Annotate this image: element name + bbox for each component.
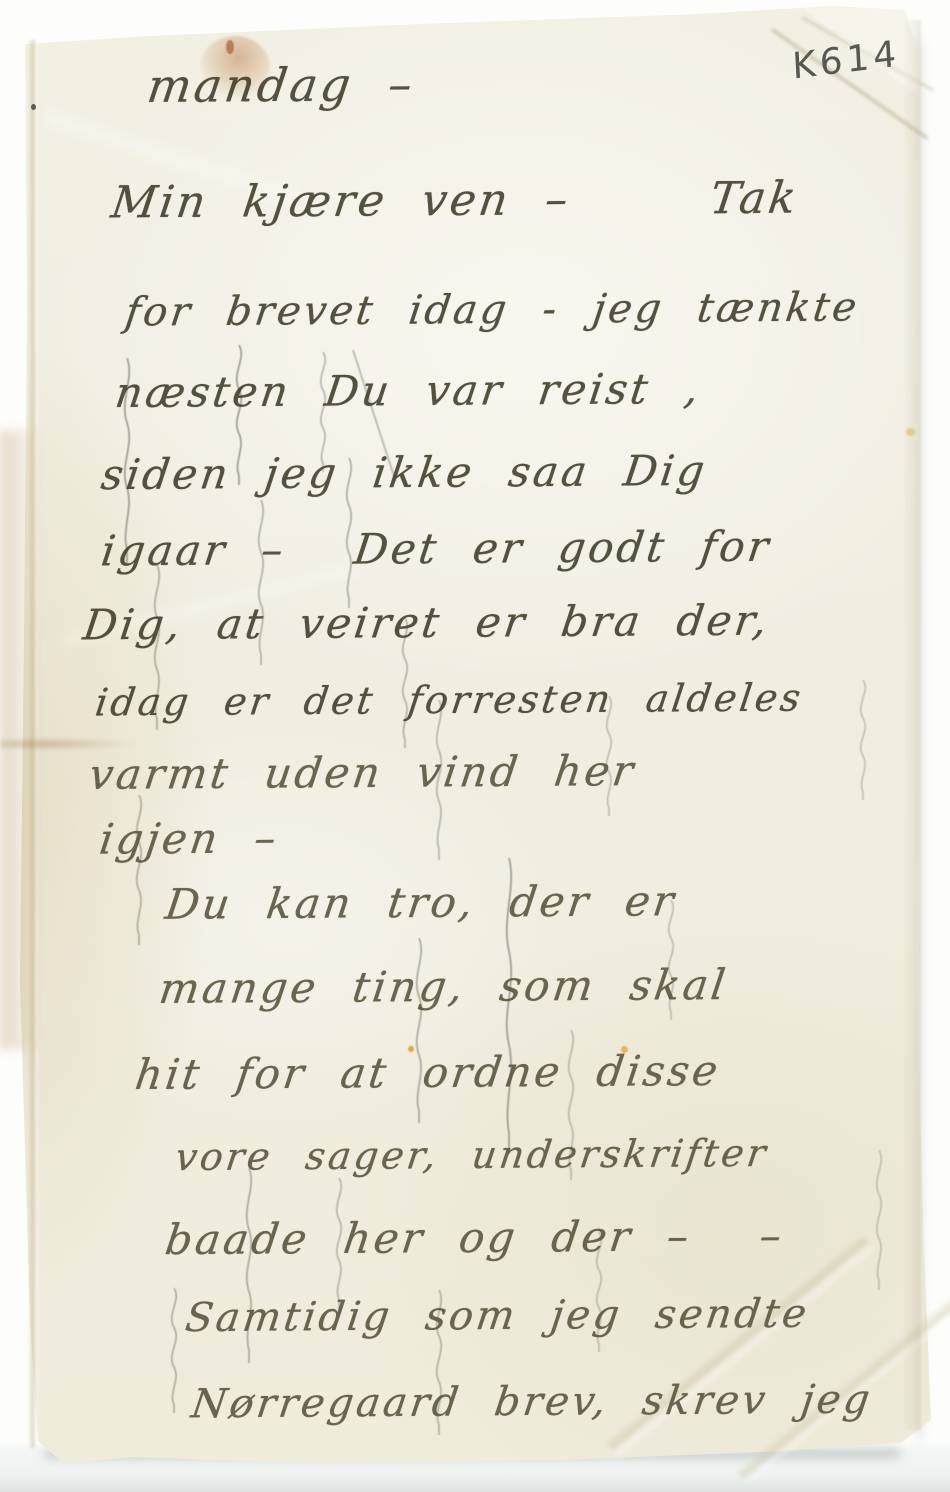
handwritten-line: næsten Du var reist ,	[112, 364, 704, 417]
handwritten-line: for brevet idag - jeg tænkte	[123, 284, 863, 335]
handwritten-line: Nørregaard brev, skrev jeg	[189, 1377, 876, 1428]
handwritten-line: hit for at ordne disse	[132, 1046, 723, 1099]
handwritten-line: Dig, at veiret er bra der,	[80, 596, 773, 650]
handwritten-line: mandag –	[144, 57, 418, 113]
handwritten-line: idag er det forresten aldeles	[93, 676, 806, 725]
handwritten-line: Samtidig som jeg sendte	[183, 1291, 812, 1341]
handwritten-line: varmt uden vind her	[86, 746, 639, 799]
handwritten-line: mange ting, som skal	[156, 960, 731, 1013]
handwritten-line: vore sager, underskrifter	[173, 1131, 771, 1179]
handwritten-line: siden jeg ikke saa Dig	[98, 446, 710, 499]
letter-scan: mandag – Min kjære ven – Tak for brevet …	[0, 0, 950, 1492]
handwritten-line: Min kjære ven – Tak	[108, 173, 802, 229]
handwritten-line: Du kan tro, der er	[162, 876, 679, 929]
handwritten-line: igaar – Det er godt for	[98, 522, 774, 576]
handwritten-line: baade her og der – –	[162, 1211, 787, 1264]
handwritten-line: igjen –	[97, 813, 282, 863]
